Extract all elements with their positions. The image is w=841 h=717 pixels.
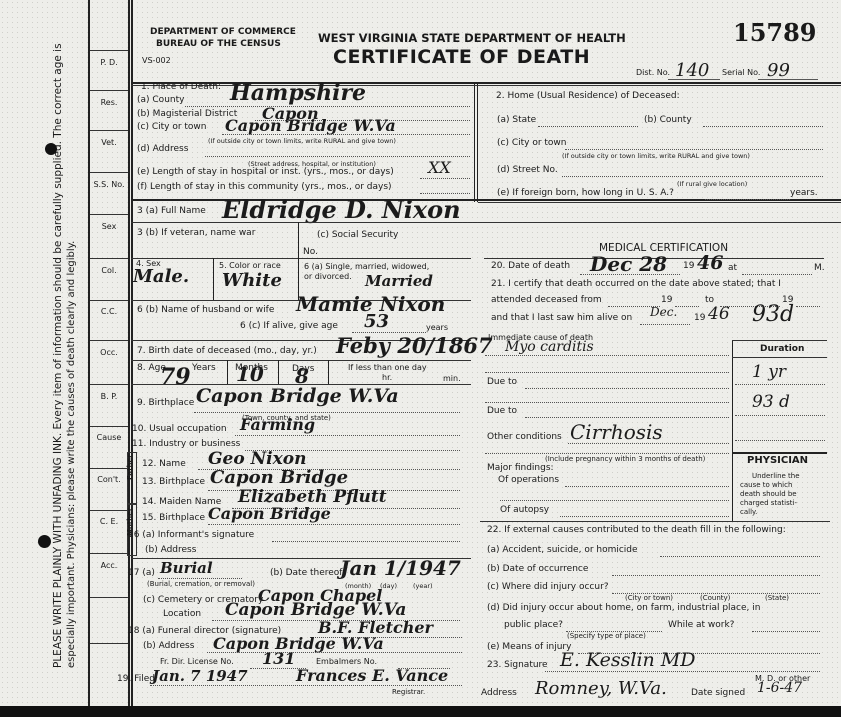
rule xyxy=(485,402,729,403)
stay-hospital-label: (e) Length of stay in hospital or inst. … xyxy=(137,167,394,177)
side-code: Occ. xyxy=(90,348,128,357)
home-city-label: (c) City or town xyxy=(497,138,567,148)
mother-birthplace-label: 15. Birthplace xyxy=(142,513,205,523)
rule xyxy=(131,360,471,361)
side-code: C. E. xyxy=(90,517,128,526)
occupation-value: Farming xyxy=(240,415,315,434)
side-code: Col. xyxy=(90,266,128,275)
stay-hospital-value: XX xyxy=(428,158,451,177)
death-year-prefix: 19 xyxy=(683,261,694,271)
rule xyxy=(480,521,830,522)
date-of-death-label: 20. Date of death xyxy=(491,261,570,271)
rule xyxy=(612,575,820,576)
burial-date-value: Jan 1/1947 xyxy=(340,556,461,580)
age-years-label: Years xyxy=(192,363,216,373)
burial-date-label: (b) Date thereof xyxy=(270,568,342,578)
spouse-age-label: 6 (c) If alive, give age xyxy=(240,321,338,331)
city-value: Capon Bridge W.Va xyxy=(225,116,396,135)
home-county-label: (b) County xyxy=(644,115,692,125)
major-findings-label: Major findings: xyxy=(487,463,554,473)
side-code: B. P. xyxy=(90,392,128,401)
birth-date-value: Feby 20/1867 xyxy=(336,333,493,358)
rule xyxy=(545,671,820,672)
registrar-label: Registrar. xyxy=(392,688,425,696)
rule xyxy=(131,258,471,259)
father-birthplace-value: Capon Bridge xyxy=(210,467,348,488)
rule xyxy=(525,388,729,389)
death-certificate: PLEASE WRITE PLAINLY WITH UNFADING INK. … xyxy=(0,0,841,707)
side-code: S.S. No. xyxy=(90,180,128,189)
date-signed-value: 1-6-47 xyxy=(757,680,802,696)
rule xyxy=(568,443,729,444)
father-birthplace-label: 13. Birthplace xyxy=(142,477,205,487)
date-of-death-value: Dec 28 xyxy=(590,252,667,276)
form-code: VS-002 xyxy=(142,56,171,65)
rule xyxy=(185,106,470,107)
rule xyxy=(735,384,825,385)
rule xyxy=(90,553,128,554)
death-year-value: 46 xyxy=(697,252,723,274)
birth-date-label: 7. Birth date of deceased (mo., day, yr.… xyxy=(137,346,317,356)
rule xyxy=(640,324,690,325)
district-label: (b) Magisterial District xyxy=(137,109,237,119)
marital-label-1: 6 (a) Single, married, widowed, xyxy=(304,262,429,271)
social-security-label: (c) Social Security xyxy=(317,230,398,240)
age-months-value: 10 xyxy=(236,362,264,386)
burial-method-value: Burial xyxy=(160,559,213,577)
rule xyxy=(278,360,279,384)
registrar-value: Frances E. Vance xyxy=(296,666,448,685)
rule xyxy=(562,176,823,177)
occurrence-date-label: (b) Date of occurrence xyxy=(487,564,588,574)
side-code: C.C. xyxy=(90,307,128,316)
spouse-label: 6 (b) Name of husband or wife xyxy=(137,305,274,315)
rule xyxy=(485,453,729,454)
informant-address-label: (b) Address xyxy=(145,545,196,555)
at-work-label: While at work? xyxy=(668,620,734,630)
filed-label: 19. Filed xyxy=(117,674,155,684)
rule xyxy=(90,90,128,91)
marital-value: Married xyxy=(365,272,433,290)
rule xyxy=(732,357,827,358)
burial-method-note: (Burial, cremation, or removal) xyxy=(147,580,255,588)
rule xyxy=(150,685,462,686)
rule xyxy=(222,134,470,135)
license-label: Fr. Dir. License No. xyxy=(160,657,234,666)
margin-instruction-1: PLEASE WRITE PLAINLY WITH UNFADING INK. … xyxy=(52,43,64,668)
rule xyxy=(227,360,228,384)
director-address-label: (b) Address xyxy=(143,641,194,651)
race-value: White xyxy=(222,270,282,291)
director-address-value: Capon Bridge W.Va xyxy=(213,634,384,653)
side-code: Res. xyxy=(90,98,128,107)
foreign-born-suffix: years. xyxy=(790,188,818,198)
rule xyxy=(478,202,841,203)
where-state-note: (State) xyxy=(765,594,789,602)
rule xyxy=(758,79,818,80)
embalmer-label: Embalmers No. xyxy=(316,657,377,666)
foreign-born-label: (e) If foreign born, how long in U. S. A… xyxy=(497,188,674,198)
rule xyxy=(485,355,729,356)
address-label: Address xyxy=(481,688,517,698)
father-name-value: Geo Nixon xyxy=(208,449,306,469)
rule xyxy=(213,258,214,300)
other-conditions-label: Other conditions xyxy=(487,432,562,442)
duration-value-2: 93 d xyxy=(752,392,790,412)
hr-label: hr. xyxy=(382,373,392,382)
rule xyxy=(538,126,638,127)
mother-birthplace-value: Capon Bridge xyxy=(208,504,331,523)
external-heading: 22. If external causes contributed to th… xyxy=(487,525,786,535)
city-note: (If outside city or town limits, write R… xyxy=(208,137,396,145)
rule xyxy=(477,82,478,202)
attended-label: attended deceased from xyxy=(491,295,602,305)
rule xyxy=(735,440,825,441)
min-label: min. xyxy=(443,374,461,383)
operations-label: Of operations xyxy=(498,475,559,485)
last-saw-value: Dec. xyxy=(650,305,677,319)
rule xyxy=(90,340,128,341)
ink-blot xyxy=(45,143,57,155)
physician-note-3: death should be xyxy=(740,490,797,498)
rule xyxy=(90,426,128,427)
rule xyxy=(131,222,841,223)
scan-edge xyxy=(0,706,841,717)
rule xyxy=(90,214,128,215)
county-value: Hampshire xyxy=(230,80,366,106)
physician-note-4: charged statisti- xyxy=(740,499,797,507)
other-conditions-value: Cirrhosis xyxy=(570,420,663,444)
duration-value-1: 1 yr xyxy=(752,362,786,382)
spouse-age-suffix: years xyxy=(426,323,448,332)
side-code: Acc. xyxy=(90,561,128,570)
ink-blot xyxy=(38,535,51,548)
rule xyxy=(90,597,128,598)
rule xyxy=(90,130,128,131)
certificate-number: 15789 xyxy=(733,18,817,47)
rule xyxy=(420,178,470,179)
physician-note-1: Underline the xyxy=(752,472,800,480)
home-heading: 2. Home (Usual Residence) of Deceased: xyxy=(496,91,680,101)
filed-value: Jan. 7 1947 xyxy=(152,667,248,685)
race-label: 5. Color or race xyxy=(219,261,281,270)
physician-note-2: cause to which xyxy=(740,481,792,489)
dist-label: Dist. No. xyxy=(636,68,670,77)
spouse-age-value: 53 xyxy=(364,311,389,332)
stay-community-label: (f) Length of stay in this community (yr… xyxy=(137,182,392,192)
autopsy-label: Of autopsy xyxy=(500,505,549,515)
physician-address-value: Romney, W.Va. xyxy=(535,678,667,699)
where-city-note: (City or town) xyxy=(625,594,673,602)
dist-value: 140 xyxy=(675,60,709,81)
burial-date-day-note: (day) xyxy=(380,582,397,590)
side-code: Vet. xyxy=(90,138,128,147)
signature-label: 23. Signature xyxy=(487,660,548,670)
means-injury-label: (e) Means of injury xyxy=(487,642,571,652)
last-saw-label: and that I last saw him alive on xyxy=(491,313,632,323)
less-than-day-label: If less than one day xyxy=(348,363,427,372)
side-code: P. D. xyxy=(90,58,128,67)
certify-line: 21. I certify that death occurred on the… xyxy=(491,279,781,289)
page-title: CERTIFICATE OF DEATH xyxy=(333,46,590,68)
rule xyxy=(298,222,299,259)
rule xyxy=(560,516,729,517)
at-label: at xyxy=(728,263,737,273)
where-county-note: (County) xyxy=(700,594,730,602)
state-department: WEST VIRGINIA STATE DEPARTMENT OF HEALTH xyxy=(318,31,626,45)
rule xyxy=(131,0,133,707)
serial-value: 99 xyxy=(767,60,790,81)
rule xyxy=(565,149,823,150)
home-street-note: (If rural give location) xyxy=(677,180,747,188)
rule xyxy=(485,372,729,373)
rule xyxy=(90,510,128,511)
rule xyxy=(272,541,460,542)
rule xyxy=(580,274,680,275)
rule xyxy=(703,126,823,127)
marital-label-2: or divorced. xyxy=(304,272,352,281)
serial-label: Serial No. xyxy=(722,68,760,77)
home-injury-label-1: (d) Did injury occur about home, on farm… xyxy=(487,603,760,613)
veteran-label: 3 (b) If veteran, name war xyxy=(137,228,255,238)
where-injury-label: (c) Where did injury occur? xyxy=(487,582,609,592)
rule xyxy=(90,300,128,301)
rule xyxy=(732,340,827,341)
rule xyxy=(90,468,128,469)
pregnancy-note: (Include pregnancy within 3 months of de… xyxy=(545,455,705,463)
bureau-label: BUREAU OF THE CENSUS xyxy=(156,39,281,49)
father-tag: Father xyxy=(126,454,134,480)
rule xyxy=(742,274,812,275)
rule xyxy=(194,412,460,413)
rule xyxy=(705,199,790,200)
rule xyxy=(205,156,470,157)
location-value: Capon Bridge W.Va xyxy=(225,600,406,620)
rule xyxy=(420,193,470,194)
rule xyxy=(732,340,733,522)
rule xyxy=(675,306,699,307)
rule xyxy=(525,417,729,418)
sex-value: Male. xyxy=(133,266,189,287)
accident-label: (a) Accident, suicide, or homicide xyxy=(487,545,638,555)
full-name-label: 3 (a) Full Name xyxy=(137,206,206,216)
rule xyxy=(207,652,462,653)
home-injury-label-2: public place? xyxy=(504,620,563,630)
industry-label: 11. Industry or business xyxy=(132,439,240,449)
location-label: Location xyxy=(163,609,201,619)
rule xyxy=(328,360,329,384)
rule xyxy=(500,500,729,501)
home-state-label: (a) State xyxy=(497,115,536,125)
physician-note-5: cally. xyxy=(740,508,757,516)
occupation-label: 10. Usual occupation xyxy=(132,424,227,434)
rule xyxy=(735,415,825,416)
city-label: (c) City or town xyxy=(137,122,207,132)
signature-value: E. Kesslin MD xyxy=(560,649,696,671)
birthplace-label: 9. Birthplace xyxy=(137,398,194,408)
place-of-death-heading: 1. Place of Death: xyxy=(141,82,221,92)
rule xyxy=(128,0,130,707)
rule xyxy=(668,79,720,80)
address-label: (d) Address xyxy=(137,144,188,154)
rule xyxy=(660,556,820,557)
rule xyxy=(90,258,128,259)
full-name-value: Eldridge D. Nixon xyxy=(222,195,461,224)
rule xyxy=(90,384,128,385)
margin-instruction-2: especially important. Physicians: please… xyxy=(66,241,77,668)
license-value: 131 xyxy=(262,649,295,668)
immediate-cause-value: Myo carditis xyxy=(505,339,594,355)
informant-signature-label: 16 (a) Informant's signature xyxy=(128,530,254,540)
rule xyxy=(752,631,820,632)
rule xyxy=(158,578,242,579)
date-signed-label: Date signed xyxy=(691,688,745,698)
attended-from-year: 19 xyxy=(661,295,672,305)
department-label: DEPARTMENT OF COMMERCE xyxy=(150,27,296,37)
county-label: (a) County xyxy=(137,95,184,105)
due-to-label-1: Due to xyxy=(487,377,517,387)
rule xyxy=(90,50,128,51)
rule xyxy=(565,486,729,487)
rule xyxy=(90,172,128,173)
burial-date-year-note: (year) xyxy=(413,582,433,590)
last-saw-year-prefix: 19 xyxy=(694,313,705,323)
rule xyxy=(90,643,128,644)
burial-method-label: 17 (a) xyxy=(128,568,155,578)
social-security-no-label: No. xyxy=(303,247,318,257)
home-city-note: (If outside city or town limits, write R… xyxy=(562,152,750,160)
birthplace-value: Capon Bridge W.Va xyxy=(196,385,399,407)
due-to-label-2: Due to xyxy=(487,406,517,416)
rule xyxy=(208,524,460,525)
side-code: Sex xyxy=(90,222,128,231)
rule xyxy=(235,435,460,436)
side-code: Cause xyxy=(90,433,128,442)
margin-note: 93d xyxy=(752,302,794,327)
m-label: M. xyxy=(814,263,825,273)
home-street-label: (d) Street No. xyxy=(497,165,558,175)
rule xyxy=(732,452,827,454)
rule xyxy=(474,82,475,202)
physician-heading: PHYSICIAN xyxy=(747,455,808,466)
age-years-value: 79 xyxy=(160,364,191,390)
last-saw-year: 46 xyxy=(708,304,730,324)
duration-label: Duration xyxy=(760,344,804,354)
father-name-label: 12. Name xyxy=(142,459,186,469)
side-code: Con't. xyxy=(90,475,128,484)
specify-place-note: (Specify type of place) xyxy=(567,632,646,640)
rule xyxy=(796,306,820,307)
